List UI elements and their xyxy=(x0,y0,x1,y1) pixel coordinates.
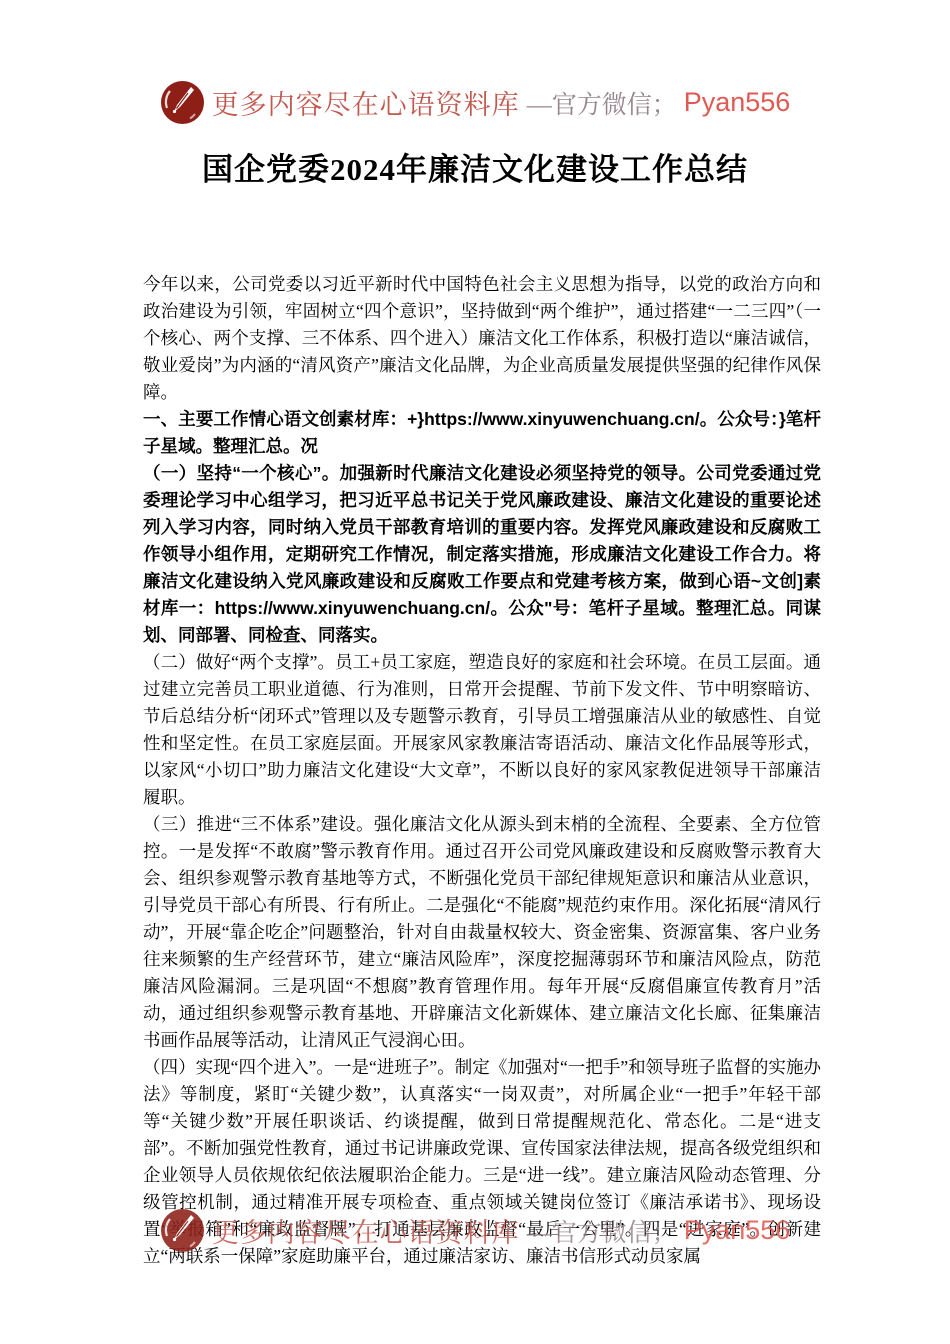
brand-footer: 更多内容尽在心语资料库—官方微信；Pyan556 xyxy=(0,1208,950,1253)
brand-wechat-label: —官方微信； xyxy=(527,1213,677,1249)
subsection-1-paragraph: （一）坚持“一个核心”。加强新时代廉洁文化建设必须坚持党的领导。公司党委通过党委… xyxy=(143,460,821,649)
document-title: 国企党委2024年廉洁文化建设工作总结 xyxy=(0,144,950,189)
document-body: 今年以来，公司党委以习近平新时代中国特色社会主义思想为指导，以党的政治方向和政治… xyxy=(143,271,821,1270)
subsection-3-paragraph: （三）推进“三不体系”建设。强化廉洁文化从源头到末梢的全流程、全要素、全方位管控… xyxy=(143,811,821,1054)
subsection-2-paragraph: （二）做好“两个支撑”。员工+员工家庭，塑造良好的家庭和社会环境。在员工层面。通… xyxy=(143,649,821,811)
brand-wechat-label: —官方微信； xyxy=(527,85,677,121)
brand-header: 更多内容尽在心语资料库—官方微信；Pyan556 xyxy=(0,80,950,125)
brand-text: 更多内容尽在心语资料库 xyxy=(212,1211,520,1250)
brand-text: 更多内容尽在心语资料库 xyxy=(212,83,520,122)
brand-wechat-id: Pyan556 xyxy=(684,1215,791,1246)
pen-nib-logo-icon xyxy=(160,80,205,125)
section-one-heading: 一、主要工作情心语文创素材库：+}https://www.xinyuwenchu… xyxy=(143,406,821,460)
document-page: 更多内容尽在心语资料库—官方微信；Pyan556 国企党委2024年廉洁文化建设… xyxy=(0,0,950,1344)
brand-wechat-id: Pyan556 xyxy=(684,87,791,118)
pen-nib-logo-icon xyxy=(160,1208,205,1253)
intro-paragraph: 今年以来，公司党委以习近平新时代中国特色社会主义思想为指导，以党的政治方向和政治… xyxy=(143,271,821,406)
